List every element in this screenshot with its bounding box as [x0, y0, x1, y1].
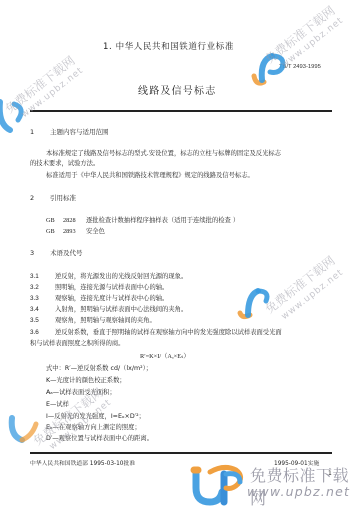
section-number: 1 — [30, 128, 50, 136]
section-3-heading: 3术语及代号 — [30, 248, 83, 257]
term-item: 3.4入射角，照明轴与试样表面中心法线间的夹角。 — [30, 304, 187, 313]
term-item: 3.1逆反射，将光源发出的光线反射回光源的现象。 — [30, 271, 187, 280]
up-logo-icon — [190, 462, 248, 506]
footer-divider — [30, 452, 332, 454]
variable-def: K—光度计的颜色校正系数； — [46, 375, 126, 384]
term-item: 3.6逆反射系数，垂直于照明轴的试样在观察轴方向中的发光强度除以试样表面受光面 — [30, 327, 282, 336]
header-divider — [30, 110, 332, 112]
section-title: 主题内容与适用范围 — [50, 128, 109, 136]
formula: R′=K×I/（Aₐ×Eₛ） — [140, 351, 190, 360]
term-continuation: 积与试样表面照度之积所得的商。 — [30, 338, 124, 347]
term-item: 3.5观察角，照明轴与观察轴间的夹角。 — [30, 315, 156, 324]
section-1-para-2: 标准适用于《中华人民共和国铁路技术管理规程》规定的线路及信号标志。 — [46, 170, 254, 181]
reference-item: GB2893安全色 — [46, 226, 105, 235]
section-2-heading: 2引用标准 — [30, 193, 76, 202]
brand-url: www.upbz.net — [247, 484, 350, 499]
section-number: 3 — [30, 249, 50, 257]
section-number: 2 — [30, 194, 50, 202]
standard-organization: 1. 中华人民共和国铁道行业标准 — [103, 40, 234, 52]
section-1-para-1-cont: 的技术要求，试验方法。 — [30, 158, 99, 169]
variable-def: 式中：R′—逆反射系数 cd/（lx/m²）； — [46, 363, 152, 372]
section-1-heading: 1主题内容与适用范围 — [30, 127, 109, 136]
section-title: 引用标准 — [50, 194, 76, 202]
term-item: 3.2照明轴，连接光源与试样表面中心的轴。 — [30, 282, 168, 291]
approval-date: 中华人民共和国铁道部 1995-03-10批准 — [30, 458, 135, 467]
reference-item: GB2828逐批检查计数抽样程序抽样表（适用于连续批的检查 ） — [46, 215, 239, 224]
document-title: 线路及信号标志 — [138, 82, 216, 97]
term-item: 3.3观察轴，连接光度计与试样表中心的轴。 — [30, 293, 168, 302]
section-title: 术语及代号 — [50, 249, 83, 257]
